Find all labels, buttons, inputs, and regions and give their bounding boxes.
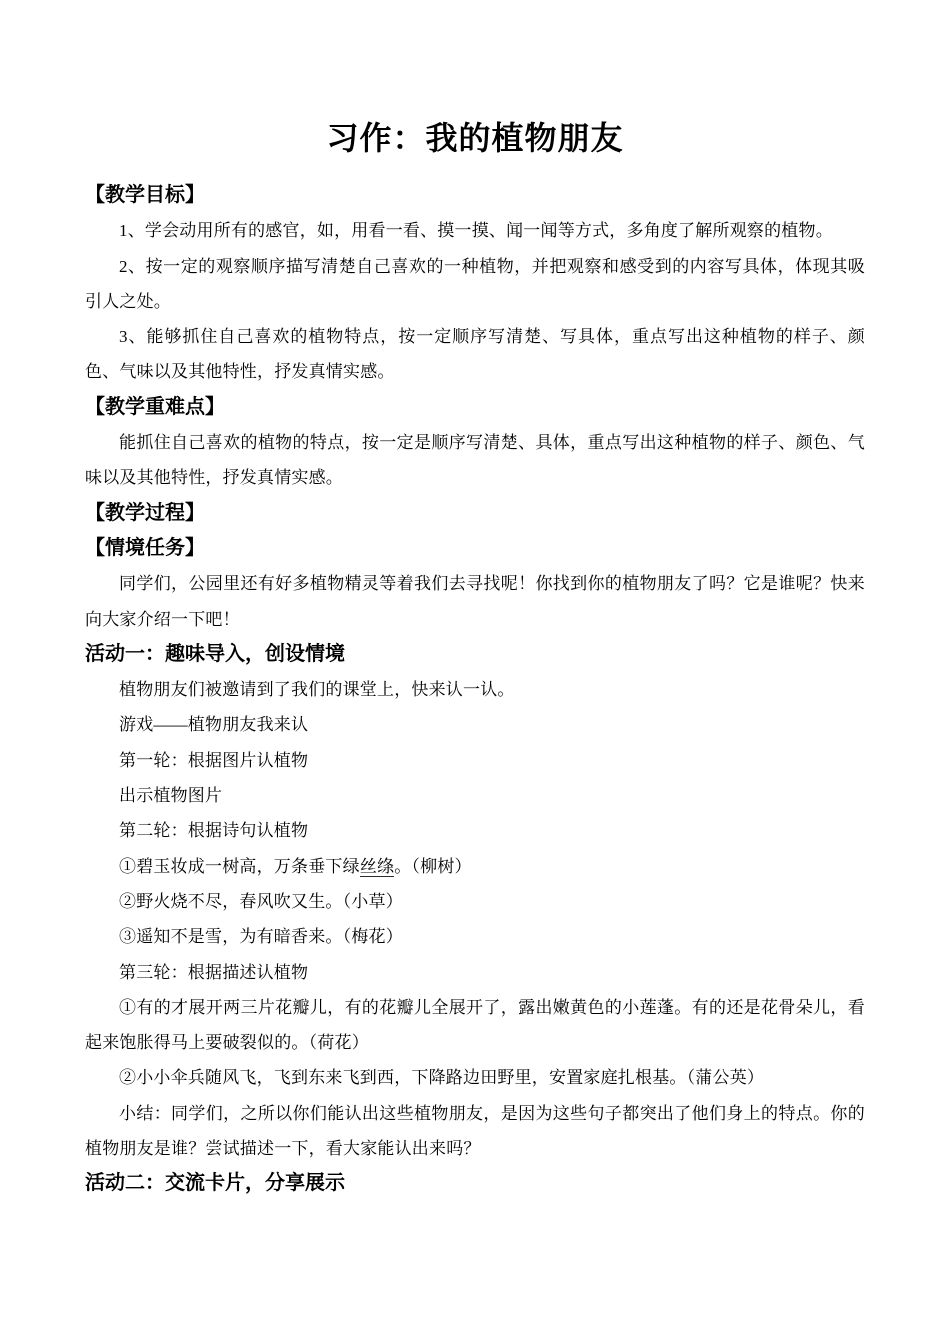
activity1-round3-label: 第三轮：根据描述认植物 — [85, 955, 865, 990]
situation-body: 同学们，公园里还有好多植物精灵等着我们去寻找呢！你找到你的植物朋友了吗？它是谁呢… — [85, 566, 865, 637]
objective-item-3: 3、能够抓住自己喜欢的植物特点，按一定顺序写清楚、写具体，重点写出这种植物的样子… — [85, 319, 865, 390]
poem-willow-before: ①碧玉妆成一树高，万条垂下绿 — [119, 857, 360, 876]
activity1-summary: 小结：同学们，之所以你们能认出这些植物朋友，是因为这些句子都突出了他们身上的特点… — [85, 1096, 865, 1167]
document-title: 习作：我的植物朋友 — [85, 120, 865, 156]
activity1-game-title: 游戏——植物朋友我来认 — [85, 707, 865, 742]
key-points-body: 能抓住自己喜欢的植物的特点，按一定是顺序写清楚、具体，重点写出这种植物的样子、颜… — [85, 425, 865, 496]
objective-item-2: 2、按一定的观察顺序描写清楚自己喜欢的一种植物，并把观察和感受到的内容写具体，体… — [85, 249, 865, 320]
poem-plum: ③遥知不是雪，为有暗香来。（梅花） — [85, 919, 865, 954]
poem-willow-underlined-text: 丝绦 — [360, 857, 394, 877]
activity1-round1-label: 第一轮：根据图片认植物 — [85, 743, 865, 778]
objective-item-1: 1、学会动用所有的感官，如，用看一看、摸一摸、闻一闻等方式，多角度了解所观察的植… — [85, 213, 865, 248]
description-dandelion: ②小小伞兵随风飞，飞到东来飞到西，下降路边田野里，安置家庭扎根基。（蒲公英） — [85, 1060, 865, 1095]
section-heading-key-points: 【教学重难点】 — [85, 390, 865, 425]
activity1-heading: 活动一：趣味导入，创设情境 — [85, 637, 865, 672]
poem-grass: ②野火烧不尽，春风吹又生。（小草） — [85, 884, 865, 919]
activity2-heading: 活动二：交流卡片，分享展示 — [85, 1166, 865, 1201]
description-lotus: ①有的才展开两三片花瓣儿，有的花瓣儿全展开了，露出嫩黄色的小莲蓬。有的还是花骨朵… — [85, 990, 865, 1061]
activity1-round1-note: 出示植物图片 — [85, 778, 865, 813]
poem-willow-after: 。（柳树） — [394, 857, 472, 876]
section-heading-situation: 【情境任务】 — [85, 531, 865, 566]
section-heading-objectives: 【教学目标】 — [85, 178, 865, 213]
section-heading-process: 【教学过程】 — [85, 496, 865, 531]
activity1-intro: 植物朋友们被邀请到了我们的课堂上，快来认一认。 — [85, 672, 865, 707]
document-page: 习作：我的植物朋友 【教学目标】 1、学会动用所有的感官，如，用看一看、摸一摸、… — [0, 0, 950, 1344]
poem-willow: ①碧玉妆成一树高，万条垂下绿丝绦。（柳树） — [85, 849, 865, 884]
activity1-round2-label: 第二轮：根据诗句认植物 — [85, 813, 865, 848]
